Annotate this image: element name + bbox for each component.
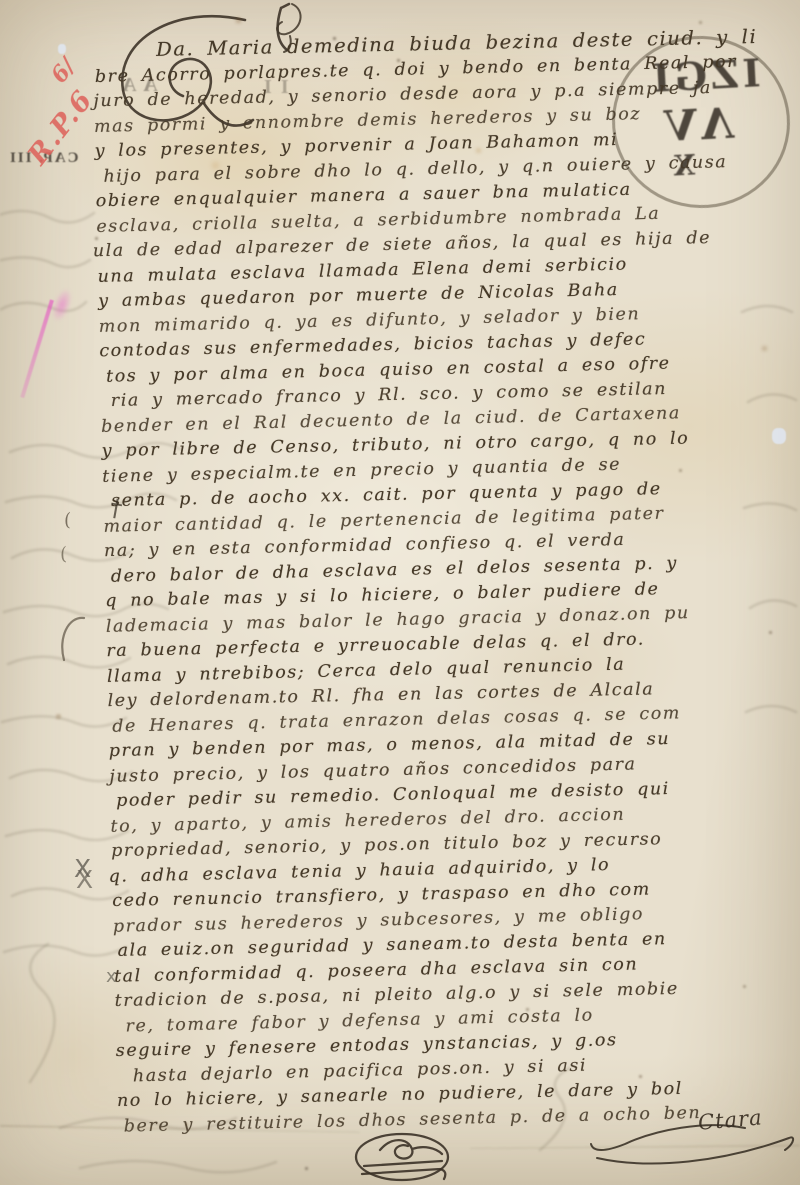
catchword-swash — [585, 1118, 800, 1170]
foxing-specks — [0, 0, 1, 1]
margin-pen-stroke — [56, 608, 96, 668]
margin-x-mark-lower: x — [106, 966, 117, 987]
notary-rubric — [350, 1130, 460, 1185]
margin-x-mark-upper: X — [74, 854, 91, 883]
paper-chip-right-edge — [772, 428, 786, 444]
manuscript-page: CAP. III A A I I 6/ R.P.6 IZGI ΛV X Da. … — [0, 0, 800, 1185]
paper-chip-upper-left — [58, 44, 66, 54]
manuscript-text-block: Da. Maria demedina biuda bezina deste ci… — [92, 23, 800, 1139]
